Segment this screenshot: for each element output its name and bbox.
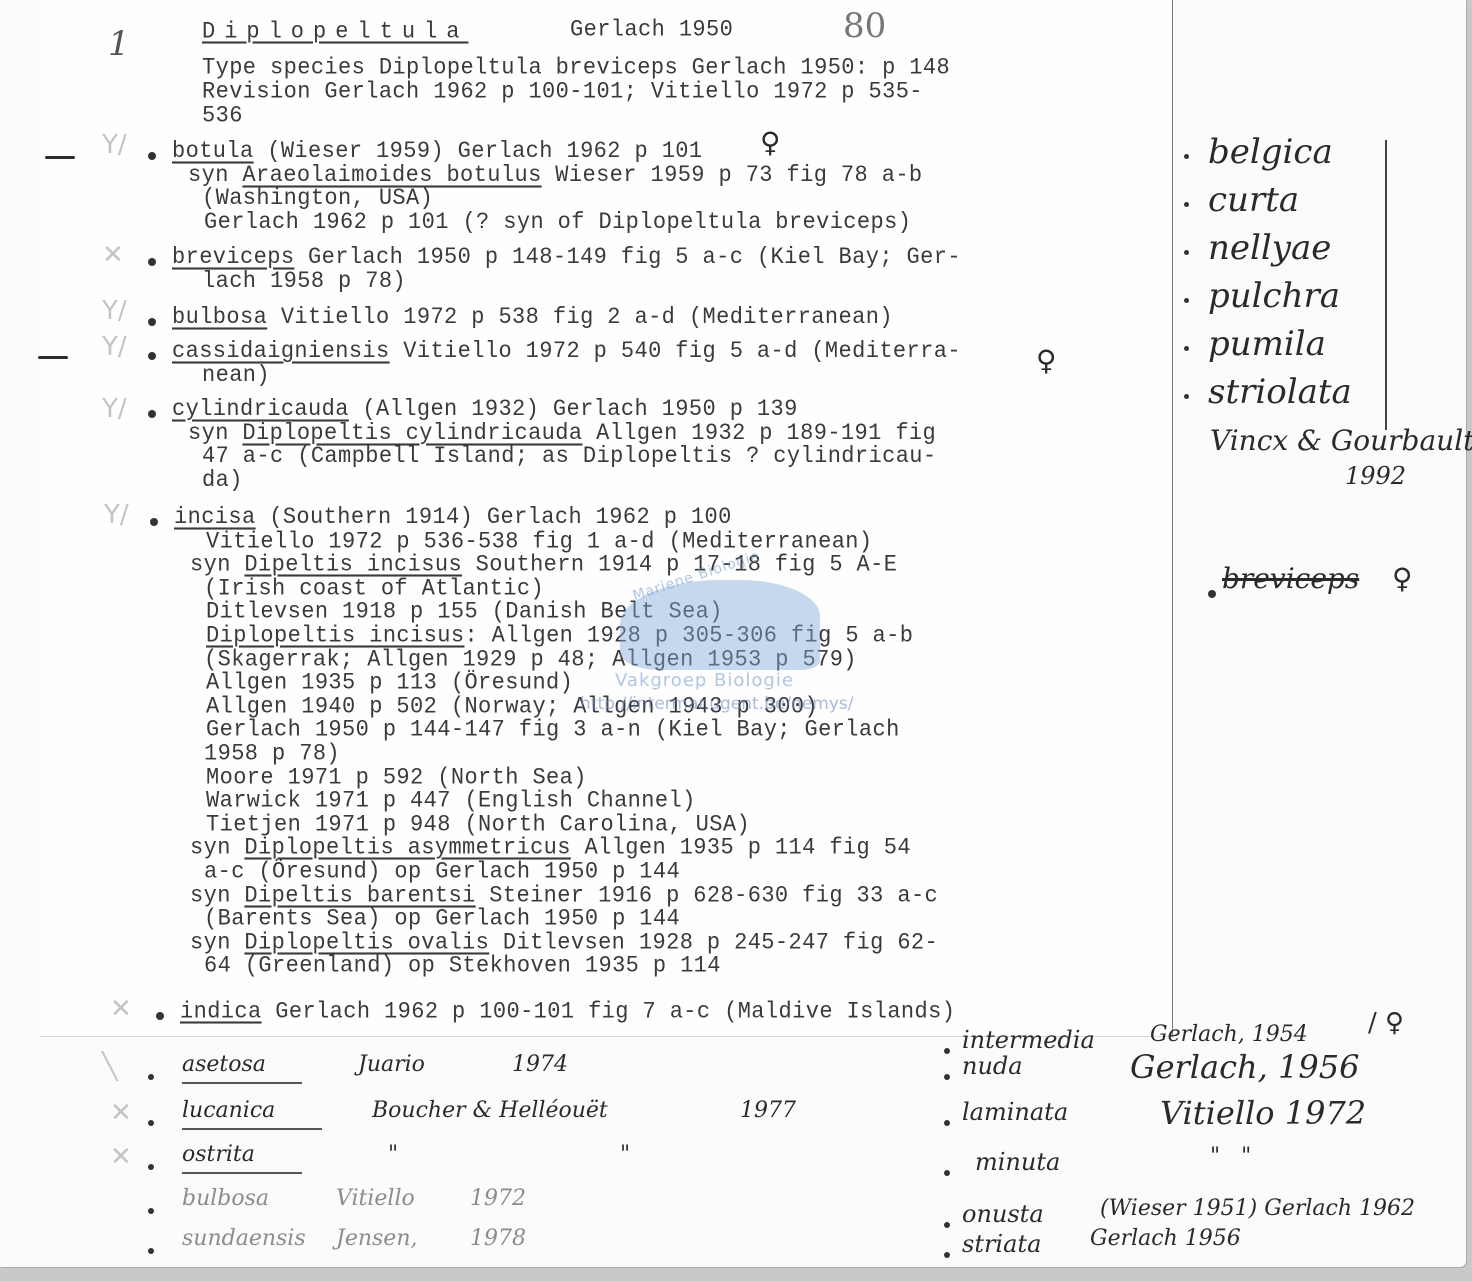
handwritten-species: striata (962, 1230, 1041, 1258)
citation-text: 1958 p 78) (204, 740, 340, 766)
citation-line: 47 a-c (Campbell Island; as Diplopeltis … (202, 445, 937, 470)
citation-text: Gerlach 1950 p 148-149 fig 5 a-c (Kiel B… (294, 244, 961, 270)
handwritten-species: ostrita (182, 1142, 255, 1167)
handwritten-author: Vitiello 1972 (1160, 1094, 1366, 1132)
handwritten-author: (Wieser 1951) Gerlach 1962 (1100, 1196, 1415, 1221)
margin-dash-icon (38, 356, 68, 359)
scanned-page: 1 Diplopeltula Gerlach 1950 80 Type spec… (0, 0, 1466, 1267)
species-entry-line: incisa (Southern 1914) Gerlach 1962 p 10… (174, 505, 732, 530)
citation-line: syn Dipeltis incisus Southern 1914 p 17-… (190, 553, 897, 578)
bullet-icon (148, 318, 156, 326)
handwritten-author: Vitiello (336, 1186, 415, 1211)
citation-line: nean) (202, 363, 270, 388)
underline (182, 1172, 302, 1174)
synonym-name: Diplopeltis incisus (206, 622, 464, 648)
type-species: Type species Diplopeltula breviceps Gerl… (202, 55, 950, 80)
handwritten-author: Gerlach, 1956 (1130, 1048, 1359, 1086)
genus-author: Gerlach 1950 (570, 17, 733, 42)
bullet-icon (148, 1120, 154, 1126)
citation-text: Gerlach 1962 p 101 (? syn of Diplopeltul… (204, 209, 911, 235)
species-name: incisa (174, 504, 256, 530)
handwritten-species: lucanica (182, 1098, 275, 1123)
citation-line: Gerlach 1962 p 101 (? syn of Diplopeltul… (204, 210, 911, 235)
citation-text: (Allgen 1932) Gerlach 1950 p 139 (349, 396, 798, 422)
synonym-name: Diplopeltis asymmetricus (244, 835, 570, 861)
female-symbol-icon: ♀ (1392, 562, 1412, 595)
check-mark-icon: Y/ (102, 394, 127, 424)
check-mark-icon: Y/ (104, 500, 129, 530)
check-mark-icon: Y/ (102, 332, 127, 362)
handwritten-species: belgica (1208, 132, 1333, 172)
handwritten-species: bulbosa (182, 1186, 269, 1211)
handwritten-author: Jensen, (336, 1226, 417, 1251)
check-mark-icon: Y/ (102, 296, 127, 326)
bullet-icon (148, 152, 156, 160)
citation-text: (Southern 1914) Gerlach 1962 p 100 (256, 504, 732, 530)
citation-text: (Wieser 1959) Gerlach 1962 p 101 (254, 138, 703, 164)
citation-line: (Washington, USA) (202, 187, 433, 212)
handwritten-species: nuda (962, 1052, 1023, 1080)
crossed-out-species: breviceps (1222, 562, 1359, 595)
genus-title: Diplopeltula (202, 19, 468, 44)
bracket (1375, 140, 1387, 430)
citation-text: : Allgen 1928 p 305-306 fig 5 a-b (464, 622, 913, 648)
bullet-icon (148, 410, 156, 418)
citation-text: Moore 1971 p 592 (North Sea) (206, 764, 587, 790)
handwritten-species: pumila (1208, 324, 1326, 364)
citation-text: 47 a-c (Campbell Island; as Diplopeltis … (202, 444, 937, 470)
bullet-icon (1184, 154, 1189, 159)
handwritten-species: asetosa (182, 1052, 266, 1077)
check-mark-icon: ╲ (102, 1052, 118, 1082)
check-mark-icon: ✕ (110, 994, 132, 1024)
citation-line: 1958 p 78) (204, 741, 340, 766)
bullet-icon (1208, 590, 1216, 598)
citation-line: Ditlevsen 1918 p 155 (Danish Belt Sea) (206, 600, 723, 625)
citation-text: (Barents Sea) op Gerlach 1950 p 144 (204, 906, 680, 932)
bullet-icon (944, 1222, 950, 1228)
species-entry-line: cylindricauda (Allgen 1932) Gerlach 1950… (172, 397, 798, 422)
citation-line: da) (202, 468, 243, 493)
citation-text: Vitiello 1972 p 540 fig 5 a-d (Mediterra… (390, 338, 961, 364)
citation-text: Ditlevsen 1918 p 155 (Danish Belt Sea) (206, 599, 723, 625)
citation-line: lach 1958 p 78) (202, 269, 406, 294)
bullet-icon (1184, 250, 1189, 255)
citation-text: syn (190, 835, 244, 861)
species-entry-line: breviceps Gerlach 1950 p 148-149 fig 5 a… (172, 245, 961, 270)
bullet-icon (148, 352, 156, 360)
citation-text: Vitiello 1972 p 536-538 fig 1 a-d (Medit… (206, 528, 873, 554)
species-entry-line: botula (Wieser 1959) Gerlach 1962 p 101 (172, 139, 703, 164)
citation-text: (Washington, USA) (202, 186, 433, 212)
handwritten-year: " (620, 1142, 630, 1167)
handwritten-year: 1974 (512, 1052, 568, 1077)
synonym-name: Diplopeltis cylindricauda (242, 420, 582, 446)
bullet-icon (150, 518, 158, 526)
bullet-icon (1184, 298, 1189, 303)
species-entry-line: indica Gerlach 1962 p 100-101 fig 7 a-c … (180, 999, 955, 1024)
bullet-icon (944, 1252, 950, 1258)
bullet-icon (944, 1048, 950, 1054)
species-entry-line: bulbosa Vitiello 1972 p 538 fig 2 a-d (M… (172, 305, 893, 330)
citation-line: syn Diplopeltis asymmetricus Allgen 1935… (190, 836, 911, 861)
citation-text: syn (188, 420, 242, 446)
handwritten-year: 1972 (470, 1186, 526, 1211)
citation-text: Allgen 1935 p 114 fig 54 (571, 835, 911, 861)
citation-text: Allgen 1935 p 113 (Öresund) (206, 670, 573, 696)
handwritten-author: Boucher & Helléouët (372, 1098, 608, 1123)
handwritten-species: striolata (1208, 372, 1352, 412)
citation-text: (Skagerrak; Allgen 1929 p 48; Allgen 195… (204, 646, 857, 672)
handwritten-author: " " (1210, 1144, 1251, 1169)
underline (182, 1082, 302, 1084)
citation-text: syn (190, 882, 244, 908)
citation-text: a-c (Öresund) op Gerlach 1950 p 144 (204, 858, 680, 884)
citation-line: a-c (Öresund) op Gerlach 1950 p 144 (204, 859, 680, 884)
handwritten-year: 1977 (740, 1098, 796, 1123)
card-count: 80 (843, 6, 886, 46)
handwritten-species: laminata (962, 1098, 1068, 1126)
check-mark-icon: ✕ (102, 240, 124, 270)
bullet-icon (944, 1120, 950, 1126)
citation-text: syn (188, 162, 242, 188)
handwritten-author: Gerlach, 1954 (1150, 1022, 1308, 1047)
citation-line: Gerlach 1950 p 144-147 fig 3 a-n (Kiel B… (206, 718, 900, 743)
handwritten-author: Juario (358, 1052, 425, 1077)
female-symbol-icon: / ♀ (1368, 1008, 1404, 1038)
citation-text: Gerlach 1950 p 144-147 fig 3 a-n (Kiel B… (206, 717, 900, 743)
right-authority-line-1: Vincx & Gourbault (1210, 424, 1472, 457)
handwritten-year: 1978 (470, 1226, 526, 1251)
handwritten-species: pulchra (1208, 276, 1340, 316)
citation-line: Warwick 1971 p 447 (English Channel) (206, 789, 696, 814)
check-mark-icon: ✕ (110, 1098, 132, 1128)
citation-text: Wieser 1959 p 73 fig 78 a-b (542, 162, 923, 188)
citation-line: Allgen 1935 p 113 (Öresund) (206, 671, 573, 696)
handwritten-species: curta (1208, 180, 1299, 220)
female-symbol-icon: ♀ (1036, 344, 1056, 377)
synonym-name: Dipeltis incisus (244, 552, 462, 578)
citation-text: Vitiello 1972 p 538 fig 2 a-d (Mediterra… (267, 304, 893, 330)
underline (182, 1128, 322, 1130)
species-name: botula (172, 138, 254, 164)
citation-line: Diplopeltis incisus: Allgen 1928 p 305-3… (206, 623, 913, 648)
synonym-name: Araeolaimoides botulus (242, 162, 541, 188)
citation-line: (Barents Sea) op Gerlach 1950 p 144 (204, 907, 680, 932)
bullet-icon (1184, 394, 1189, 399)
female-symbol-icon: ♀ (760, 126, 780, 159)
species-entry-line: cassidaigniensis Vitiello 1972 p 540 fig… (172, 339, 961, 364)
species-name: breviceps (172, 244, 294, 270)
check-mark-icon: Y/ (102, 130, 127, 160)
citation-line: 64 (Greenland) op Stekhoven 1935 p 114 (204, 954, 721, 979)
handwritten-author: " (388, 1142, 398, 1167)
citation-text: da) (202, 467, 243, 493)
citation-text: Allgen 1932 p 189-191 fig (582, 420, 936, 446)
handwritten-species: intermedia (962, 1026, 1095, 1054)
check-mark-icon: ✕ (110, 1142, 132, 1172)
handwritten-species: sundaensis (182, 1226, 306, 1251)
handwritten-author: Gerlach 1956 (1090, 1226, 1241, 1251)
bullet-icon (156, 1012, 164, 1020)
right-authority-line-2: 1992 (1345, 462, 1406, 490)
bullet-icon (148, 1208, 154, 1214)
species-name: bulbosa (172, 304, 267, 330)
bullet-icon (148, 1164, 154, 1170)
citation-text: lach 1958 p 78) (202, 268, 406, 294)
bullet-icon (944, 1170, 950, 1176)
bullet-icon (148, 1074, 154, 1080)
handwritten-species: minuta (975, 1148, 1060, 1176)
citation-text: Warwick 1971 p 447 (English Channel) (206, 788, 696, 814)
bullet-icon (1184, 346, 1189, 351)
citation-text: syn (190, 552, 244, 578)
margin-dash-icon (45, 156, 75, 159)
citation-text: Steiner 1916 p 628-630 fig 33 a-c (476, 882, 938, 908)
bullet-icon (1184, 202, 1189, 207)
revision-line-2: 536 (202, 103, 243, 128)
species-name: cassidaigniensis (172, 338, 390, 364)
revision-line-1: Revision Gerlach 1962 p 100-101; Vitiell… (202, 79, 923, 104)
citation-text: Gerlach 1962 p 100-101 fig 7 a-c (Maldiv… (262, 998, 956, 1024)
citation-text: Southern 1914 p 17-18 fig 5 A-E (462, 552, 897, 578)
bullet-icon (148, 258, 156, 266)
species-name: indica (180, 998, 262, 1024)
watermark-url: http://intermar.ugent.be/nemys/ (580, 694, 854, 714)
handwritten-species: nellyae (1208, 228, 1331, 268)
citation-text: 64 (Greenland) op Stekhoven 1935 p 114 (204, 953, 721, 979)
handwritten-species: onusta (962, 1200, 1044, 1228)
page-number: 1 (108, 24, 130, 64)
species-name: cylindricauda (172, 396, 349, 422)
citation-text: nean) (202, 362, 270, 388)
bullet-icon (944, 1074, 950, 1080)
bullet-icon (148, 1248, 154, 1254)
synonym-name: Dipeltis barentsi (244, 882, 475, 908)
